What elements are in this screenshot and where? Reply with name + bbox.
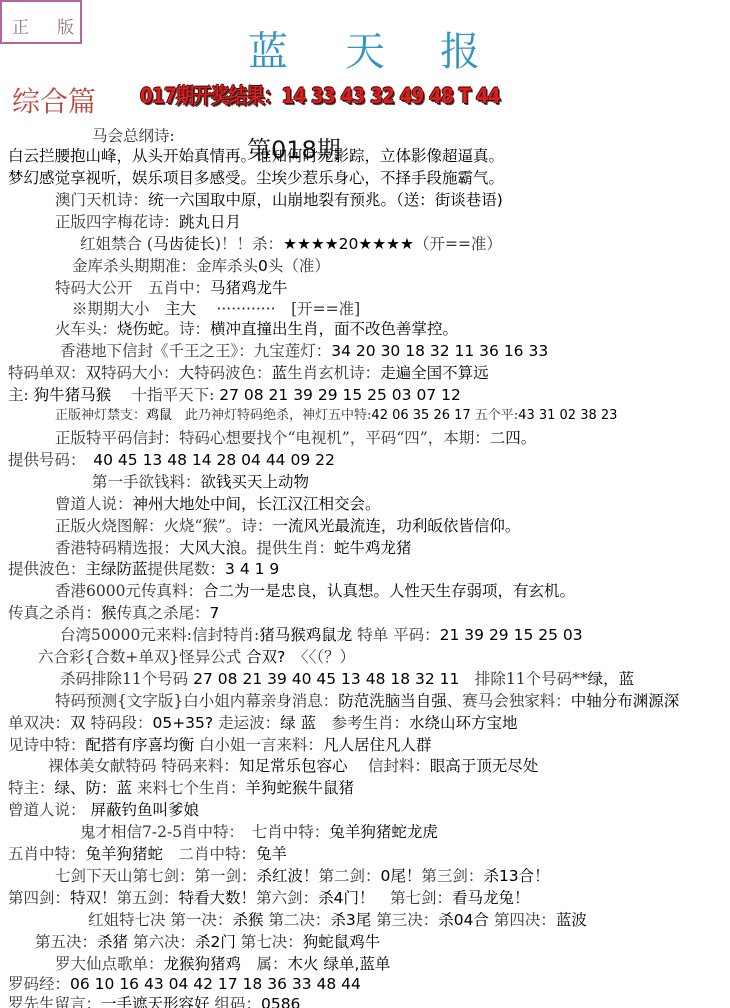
text-line: 杀码排除11个号码 27 08 21 39 40 45 13 48 18 32 … (60, 669, 634, 689)
line-label: 〈〈（？） (285, 648, 355, 666)
line-label: 特码大公开 五肖中： (55, 279, 210, 297)
line-value: 杀2门 (195, 933, 236, 951)
text-line: 正版四字梅花诗：跳丸日月 (55, 212, 241, 232)
line-value: 0586 (261, 995, 300, 1008)
text-line: 特码预测{文字版}白小姐内幕亲身消息：防范洗脑当自强、赛马会独家料：中轴分布渊源… (55, 691, 679, 711)
line-value: 双 (70, 714, 86, 732)
line-label: 正版特平码信封：特码心想要找个“电视机”，平码“四”，本期： (55, 429, 490, 447)
text-line: 鬼才相信7-2-5肖中特： 七肖中特：兔羊狗猪蛇龙虎 (80, 822, 438, 842)
text-line: ※期期大小 主大 ············ [开==准] (72, 299, 360, 319)
line-label: 五个平: (471, 408, 519, 423)
line-label: 特码预测{文字版}白小姐内幕亲身消息： (55, 692, 338, 710)
line-value: 水绕山环方宝地 (409, 714, 518, 732)
line-label: 火车头： (55, 320, 117, 338)
line-value: 走遍全国不算远 (380, 364, 489, 382)
line-value: 横冲直撞出生肖，面不改色善掌控。 (210, 320, 458, 338)
line-value: 兔羊狗猪蛇 (86, 845, 164, 863)
text-line: 正版火烧图解：火烧“猴”。诗：一流风光最流连，功利皈依皆信仰。 (55, 516, 520, 536)
line-value: 34 20 30 18 32 11 36 16 33 (331, 342, 548, 360)
line-label: ※期期大小 (72, 300, 165, 318)
line-value: 绿、防：蓝 (55, 779, 133, 797)
line-label: 罗先生留言： (8, 995, 101, 1008)
text-line: 主: 狗牛猪马猴 十指平天下: 27 08 21 39 29 15 25 03 … (8, 385, 461, 405)
line-label: 来料七个生肖： (132, 779, 245, 797)
line-label: 提供生肖： (257, 539, 335, 557)
line-label: )！！杀： (215, 235, 283, 253)
line-value: 杀猪 (97, 933, 128, 951)
line-value: 杀3尾 (330, 911, 371, 929)
line-label: 正版火烧图解：火烧“猴”。诗： (55, 517, 272, 535)
line-label: 裸体美女献特码 特码来料： (48, 757, 239, 775)
line-value: ★★★★20★★★★ (283, 235, 414, 253)
line-label: 白小姐一言来料： (194, 736, 323, 754)
line-value: 05+35? (152, 714, 213, 732)
badge-char: 版 (57, 13, 74, 38)
line-value: 二四。 (490, 429, 537, 447)
line-label: 特码大小： (101, 364, 179, 382)
text-line: 曾道人说：神州大地处中间，长江汉江相交会。 (55, 494, 381, 514)
line-value: 眼高于顶无尽处 (430, 757, 539, 775)
section-title: 综合篇 (12, 80, 96, 120)
line-value: 防范洗脑当自强 (338, 692, 447, 710)
text-line: 马会总纲诗: (92, 126, 175, 146)
line-value: 龙猴狗猪鸡 (164, 955, 242, 973)
line-label: 第二决： (263, 911, 330, 929)
text-line: 澳门天机诗：统一六国取中原，山崩地裂有预兆。（送：街谈巷语) (55, 190, 503, 210)
text-line: 红姐特七决 第一决：杀猴 第二决：杀3尾 第三决：杀04合 第四决：蓝波 (88, 910, 587, 930)
line-label: 第一手欲钱料： (92, 473, 201, 491)
result-banner: 017期开奖结果：14 33 43 32 49 48 T 44 (140, 80, 500, 110)
text-line: 第四剑：特双！第五剑：特看大数！第六剑：杀4门！ 第七剑：看马龙兔！ (8, 888, 529, 908)
line-label: 特码波色： (194, 364, 272, 382)
text-line: 金库杀头期期准：金库杀头0头（准） (72, 256, 330, 276)
text-line: 香港地下信封《千王之王》：九宝莲灯：34 20 30 18 32 11 36 1… (60, 341, 548, 361)
line-label: 第四决： (489, 911, 556, 929)
line-label: 见诗中特： (8, 736, 86, 754)
line-label: 主: (8, 386, 34, 404)
line-value: 烧伤蛇。 (117, 320, 179, 338)
text-line: 第五决：杀猪 第六决：杀2门 第七决：狗蛇鼠鸡牛 (35, 932, 380, 952)
line-label: 提供波色： (8, 560, 86, 578)
text-line: 正版特平码信封：特码心想要找个“电视机”，平码“四”，本期：二四。 (55, 428, 536, 448)
text-line: 台湾50000元来料:信封特肖:猪马猴鸡鼠龙 特单 平码：21 39 29 15… (60, 625, 583, 645)
line-value: 跳丸日月 (179, 213, 241, 231)
line-value: 神州大地处中间，长江汉江相交会。 (133, 495, 381, 513)
line-value: 42 06 35 26 17 (371, 408, 470, 423)
line-value: 白云拦腰抱山峰，从头开始真情再。谁知何时无影踪，立体影像超逼真。 (8, 147, 504, 165)
line-label: 曾道人说： (8, 801, 86, 819)
line-label: 第四剑： (8, 889, 70, 907)
text-line: 特码大公开 五肖中：马猪鸡龙牛 (55, 278, 288, 298)
line-value: 40 45 13 48 14 28 04 44 09 22 (78, 451, 335, 469)
line-label: 香港特码精选报： (55, 539, 179, 557)
line-value: 特看大数！ (179, 889, 257, 907)
line-value: 杀4门！ (318, 889, 374, 907)
text-line: 提供号码： 40 45 13 48 14 28 04 44 09 22 (8, 450, 335, 470)
line-label: 台湾50000元来料:信封特肖: (60, 626, 259, 644)
line-label: 信封料： (347, 757, 429, 775)
line-label: 第七剑： (374, 889, 452, 907)
line-value: 马齿徒长 (153, 235, 215, 253)
line-label: 正版四字梅花诗： (55, 213, 179, 231)
text-line: 见诗中特：配搭有序喜均衡 白小姐一言来料：凡人居住凡人群 (8, 735, 431, 755)
line-label: 属： (241, 955, 288, 973)
line-value: 狗蛇鼠鸡牛 (303, 933, 381, 951)
text-line: 红姐禁合 (马齿徒长)！！杀：★★★★20★★★★（开==准） (80, 234, 502, 254)
line-label: 曾道人说： (55, 495, 133, 513)
line-label: 第五决： (35, 933, 97, 951)
line-value: 屏蔽钓鱼叫爹娘 (86, 801, 199, 819)
line-value: 鸡鼠 (146, 408, 172, 423)
line-value: 0尾！ (381, 867, 422, 885)
line-value: 蓝 (272, 364, 288, 382)
line-label: 提供尾数： (148, 560, 226, 578)
line-value: 21 39 29 15 25 03 (440, 626, 583, 644)
line-label: 第六剑： (256, 889, 318, 907)
line-label: 排除11个号码** (459, 670, 587, 688)
line-label: 五肖中特： (8, 845, 86, 863)
line-value: 43 31 02 38 23 (518, 408, 617, 423)
text-line: 特主：绿、防：蓝 来料七个生肖：羊狗蛇猴牛鼠猪 (8, 778, 354, 798)
line-value: 凡人居住凡人群 (323, 736, 432, 754)
line-label: 走运波： (213, 714, 280, 732)
line-label: 红姐特七决 第一决： (88, 911, 232, 929)
line-value: 蓝波 (556, 911, 587, 929)
line-value: 一流风光最流连，功利皈依皆信仰。 (272, 517, 520, 535)
line-label: 参考生肖： (316, 714, 409, 732)
line-value: 27 08 21 39 29 15 25 03 07 12 (219, 386, 461, 404)
line-label: 十指平天下: (111, 386, 219, 404)
text-line: 第一手欲钱料：欲钱买天上动物 (92, 472, 309, 492)
line-value: 马猪鸡龙牛 (210, 279, 288, 297)
line-value: 狗牛猪马猴 (34, 386, 112, 404)
line-label: 提供号码： (8, 451, 78, 469)
line-label: 马会总纲诗: (92, 127, 175, 145)
text-line: 罗码经：06 10 16 43 04 42 17 18 36 33 48 44 (8, 974, 361, 994)
text-line: 罗大仙点歌单：龙猴狗猪鸡 属：木火 绿单,蓝单 (55, 954, 390, 974)
text-line: 提供波色：主绿防蓝提供尾数：3 4 1 9 (8, 559, 279, 579)
line-label: 传真之杀尾： (117, 604, 210, 622)
line-value: 绿 蓝 (280, 714, 316, 732)
line-label: 红姐禁合 ( (80, 235, 153, 253)
text-line: 罗先生留言：一手遮天形容好 组码：0586 (8, 994, 300, 1008)
badge-char: 正 (12, 13, 29, 38)
line-value: 蛇牛鸡龙猪 (334, 539, 412, 557)
text-line: 香港特码精选报：大风大浪。提供生肖：蛇牛鸡龙猪 (55, 538, 412, 558)
line-value: 猪马猴鸡鼠龙 (259, 626, 352, 644)
line-label: 第三剑： (421, 867, 483, 885)
line-value: 06 10 16 43 04 42 17 18 36 33 48 44 (70, 975, 361, 993)
line-label: 二肖中特： (163, 845, 256, 863)
line-value: 27 08 21 39 40 45 13 48 18 32 11 (193, 670, 459, 688)
line-label: ············ [开==准] (196, 300, 360, 318)
line-value: 猴 (101, 604, 117, 622)
line-value: 主大 (165, 300, 196, 318)
line-label: 组码： (210, 995, 261, 1008)
line-value: 绿，蓝 (588, 670, 635, 688)
line-label: 罗码经： (8, 975, 70, 993)
line-value: 兔羊狗猪蛇龙虎 (329, 823, 438, 841)
text-line: 传真之杀肖：猴传真之杀尾：7 (8, 603, 219, 623)
text-line: 曾道人说： 屏蔽钓鱼叫爹娘 (8, 800, 199, 820)
line-value: 羊狗蛇猴牛鼠猪 (245, 779, 354, 797)
line-value: 合双? (246, 648, 285, 666)
text-line: 火车头：烧伤蛇。诗：横冲直撞出生肖，面不改色善掌控。 (55, 319, 458, 339)
line-label: 正版神灯禁支： (55, 408, 146, 423)
line-label: 第六决： (128, 933, 195, 951)
line-label: 特主： (8, 779, 55, 797)
authentic-badge: 正 版 (0, 0, 82, 44)
line-label: 特码单双： (8, 364, 86, 382)
line-value: 大 (179, 364, 195, 382)
line-label: 杀码排除11个号码 (60, 670, 193, 688)
line-value: 大风大浪。 (179, 539, 257, 557)
line-value: 3 4 1 9 (225, 560, 279, 578)
line-value: 0 (258, 257, 268, 275)
line-value: 杀猴 (232, 911, 263, 929)
text-line: 特码单双：双特码大小：大特码波色：蓝生肖玄机诗：走遍全国不算远 (8, 363, 489, 383)
line-label: 生肖玄机诗： (287, 364, 380, 382)
page-title-char: 蓝 (248, 20, 288, 77)
line-value: 中轴分布渊源深 (571, 692, 680, 710)
text-line: 正版神灯禁支：鸡鼠 此乃神灯特码绝杀，神灯五中特:42 06 35 26 17 … (55, 406, 617, 426)
line-label: 七剑下天山第七剑：第一剑： (55, 867, 257, 885)
line-label: 第五剑： (117, 889, 179, 907)
page-title-char: 报 (440, 20, 480, 77)
line-label: 香港6000元传真料： (55, 582, 203, 600)
line-value: 杀13合！ (483, 867, 549, 885)
text-line: 六合彩{合数+单双}怪异公式 合双? 〈〈（？） (38, 647, 355, 667)
line-label: 六合彩{合数+单双}怪异公式 (38, 648, 246, 666)
text-line: 梦幻感觉享视听，娱乐项目多感受。尘埃少惹乐身心，不择手段施霸气。 (8, 168, 504, 188)
line-value: 主绿防蓝 (86, 560, 148, 578)
line-value: 统一六国取中原，山崩地裂有预兆。（送：街谈巷语) (148, 191, 503, 209)
line-label: 第七决： (236, 933, 303, 951)
line-label: 澳门天机诗： (55, 191, 148, 209)
line-value: 知足常乐包容心 (239, 757, 348, 775)
line-value: 7 (210, 604, 220, 622)
line-value: 配搭有序喜均衡 (86, 736, 195, 754)
line-value: 木火 绿单,蓝单 (288, 955, 391, 973)
line-value: 兔羊 (256, 845, 287, 863)
line-value: 杀红波！ (257, 867, 319, 885)
text-line: 五肖中特：兔羊狗猪蛇 二肖中特：兔羊 (8, 844, 287, 864)
line-label: 鬼才相信7-2-5肖中特： 七肖中特： (80, 823, 329, 841)
line-value: 一手遮天形容好 (101, 995, 210, 1008)
line-label: 传真之杀肖： (8, 604, 101, 622)
line-label: 第三决： (371, 911, 438, 929)
line-label: 诗： (179, 320, 210, 338)
line-label: 头（准） (268, 257, 330, 275)
line-label: （开==准） (414, 235, 502, 253)
line-label: 、赛马会独家料： (447, 692, 571, 710)
line-label: 单双决： (8, 714, 70, 732)
text-line: 七剑下天山第七剑：第一剑：杀红波！第二剑：0尾！第三剑：杀13合！ (55, 866, 550, 886)
line-value: 双 (86, 364, 102, 382)
line-value: 梦幻感觉享视听，娱乐项目多感受。尘埃少惹乐身心，不择手段施霸气。 (8, 169, 504, 187)
line-label: 特码段： (86, 714, 153, 732)
line-label: 特单 平码： (352, 626, 439, 644)
text-line: 香港6000元传真料：合二为一是忠良，认真想。人性天生存弱项，有玄机。 (55, 581, 575, 601)
line-label: 第二剑： (319, 867, 381, 885)
text-line: 白云拦腰抱山峰，从头开始真情再。谁知何时无影踪，立体影像超逼真。 (8, 146, 504, 166)
line-value: 合二为一是忠良，认真想。人性天生存弱项，有玄机。 (203, 582, 575, 600)
line-label: 此乃神灯特码绝杀，神灯五中特: (172, 408, 371, 423)
line-value: 欲钱买天上动物 (201, 473, 310, 491)
text-line: 单双决：双 特码段：05+35? 走运波：绿 蓝 参考生肖：水绕山环方宝地 (8, 713, 518, 733)
line-value: 看马龙兔！ (452, 889, 530, 907)
page-title-char: 天 (345, 20, 385, 77)
line-value: 特双！ (70, 889, 117, 907)
line-label: 香港地下信封《千王之王》：九宝莲灯： (60, 342, 331, 360)
line-value: 杀04合 (438, 911, 489, 929)
line-label: 罗大仙点歌单： (55, 955, 164, 973)
line-label: 金库杀头期期准：金库杀头 (72, 257, 258, 275)
text-line: 裸体美女献特码 特码来料：知足常乐包容心 信封料：眼高于顶无尽处 (48, 756, 538, 776)
